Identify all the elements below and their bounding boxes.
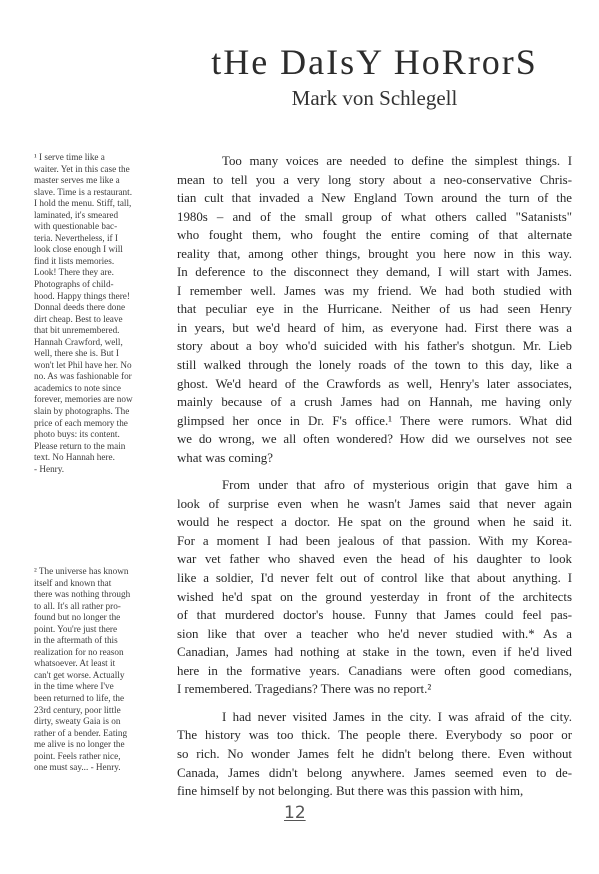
text-line: wished he'd spat on the ground yesterday… xyxy=(177,588,572,607)
paragraph-2: From under that afro of mysterious origi… xyxy=(177,476,572,699)
text-line: mean to tell you a very long story about… xyxy=(177,171,572,190)
note-line: - Henry. xyxy=(34,464,156,476)
note-line: won't let Phil have her. No xyxy=(34,360,156,372)
text-line: story about a boy who'd suicided with hi… xyxy=(177,337,572,356)
note-line: with questionable bac- xyxy=(34,221,156,233)
note-line: find it lists memories. xyxy=(34,256,156,268)
note-line: whatsoever. At least it xyxy=(34,658,156,670)
text-line: I remember well. James was my friend. We… xyxy=(177,282,572,301)
note-line: slain by photographs. The xyxy=(34,406,156,418)
text-line: of that murdered doctor's house. Funny t… xyxy=(177,606,572,625)
book-title: tHe DaIsY HoRrorS xyxy=(150,40,599,84)
main-text-column: Too many voices are needed to define the… xyxy=(177,152,572,801)
author-name: Mark von Schlegell xyxy=(150,85,599,111)
note-line: waiter. Yet in this case the xyxy=(34,164,156,176)
note-line: I hold the menu. Stiff, tall, xyxy=(34,198,156,210)
note-line: in the time where I've xyxy=(34,681,156,693)
note-line: text. No Hannah here. xyxy=(34,452,156,464)
text-line: tian cult that invaded a New England Tow… xyxy=(177,189,572,208)
note-line: 23rd century, poor little xyxy=(34,705,156,717)
text-line: 1980s – and of the small group of what o… xyxy=(177,208,572,227)
note-line: ² The universe has known xyxy=(34,566,156,578)
note-line: point. Feels rather nice, xyxy=(34,751,156,763)
note-line: me alive is no longer the xyxy=(34,739,156,751)
note-line: ¹ I serve time like a xyxy=(34,152,156,164)
note-line: teria. Nevertheless, if I xyxy=(34,233,156,245)
note-line: one must say... - Henry. xyxy=(34,762,156,774)
text-line: ghost. We'd heard of the Crawfords as we… xyxy=(177,375,572,394)
text-line: who fought them, who fought the entire c… xyxy=(177,226,572,245)
note-line: there was nothing through xyxy=(34,589,156,601)
note-line: to all. It's all rather pro- xyxy=(34,601,156,613)
text-line: Canada, James didn't belong anywhere. Ja… xyxy=(177,764,572,783)
text-line: I had never visited James in the city. I… xyxy=(177,708,572,727)
note-line: laminated, it's smeared xyxy=(34,210,156,222)
note-line: can't get worse. Actually xyxy=(34,670,156,682)
note-line: in the aftermath of this xyxy=(34,635,156,647)
note-line: well, there she is. But I xyxy=(34,348,156,360)
text-line: sion like that over a teacher who he'd n… xyxy=(177,625,572,644)
margin-note-2: ² The universe has knownitself and known… xyxy=(34,566,156,774)
text-line: here in the formative years. Canadians w… xyxy=(177,662,572,681)
note-line: Donnal deeds there done xyxy=(34,302,156,314)
text-line: Too many voices are needed to define the… xyxy=(177,152,572,171)
note-line: look close enough I will xyxy=(34,244,156,256)
note-line: been returned to life, the xyxy=(34,693,156,705)
note-line: hood. Happy things there! xyxy=(34,291,156,303)
note-line: academics to note since xyxy=(34,383,156,395)
text-line: that peculiar eye in the Hurricane. Neit… xyxy=(177,300,572,319)
note-line: itself and known that xyxy=(34,578,156,590)
text-line: so rich. No wonder James felt he didn't … xyxy=(177,745,572,764)
text-line: war vet father who shaved even the head … xyxy=(177,550,572,569)
note-line: realization for no reason xyxy=(34,647,156,659)
note-line: Photographs of child- xyxy=(34,279,156,291)
note-line: dirty, sweaty Gaia is on xyxy=(34,716,156,728)
note-line: point. You're just there xyxy=(34,624,156,636)
paragraph-1: Too many voices are needed to define the… xyxy=(177,152,572,467)
text-line: From under that afro of mysterious origi… xyxy=(177,476,572,495)
note-line: master serves me like a xyxy=(34,175,156,187)
text-line: mainly because of a crush James had on H… xyxy=(177,393,572,412)
text-line: reality that, among other things, brough… xyxy=(177,245,572,264)
text-line: we do wrong, we all often wondered? How … xyxy=(177,430,572,449)
text-line: fine himself by not belonging. But there… xyxy=(177,782,572,801)
text-line: Canadian, James had nothing at stake in … xyxy=(177,643,572,662)
note-line: no. As was fashionable for xyxy=(34,371,156,383)
text-line: I remembered. Tragedians? There was no r… xyxy=(177,680,572,699)
note-line: price of each memory the xyxy=(34,418,156,430)
text-line: what was coming? xyxy=(177,449,572,468)
note-line: rather of a bender. Eating xyxy=(34,728,156,740)
note-line: dirt cheap. Best to leave xyxy=(34,314,156,326)
text-line: The history was too thick. The people th… xyxy=(177,726,572,745)
paragraph-3: I had never visited James in the city. I… xyxy=(177,708,572,801)
note-line: forever, memories are now xyxy=(34,394,156,406)
note-line: slave. Time is a restaurant. xyxy=(34,187,156,199)
note-line: found but no longer the xyxy=(34,612,156,624)
text-line: still walked through the lonely roads of… xyxy=(177,356,572,375)
text-line: In deference to the disconnect they dema… xyxy=(177,263,572,282)
text-line: glimpsed her once in Dr. F's office.¹ Th… xyxy=(177,412,572,431)
margin-note-1: ¹ I serve time like awaiter. Yet in this… xyxy=(34,152,156,475)
text-line: in years, but we'd heard of him, as ever… xyxy=(177,319,572,338)
note-line: Please return to the main xyxy=(34,441,156,453)
note-line: that bit unremembered. xyxy=(34,325,156,337)
note-line: Look! There they are. xyxy=(34,267,156,279)
note-line: Hannah Crawford, well, xyxy=(34,337,156,349)
page-number: 12 xyxy=(284,803,306,823)
note-line: photo buys: its content. xyxy=(34,429,156,441)
text-line: For a moment I had been jealous of that … xyxy=(177,532,572,551)
text-line: like a soldier, I'd never felt out of co… xyxy=(177,569,572,588)
text-line: would he respect a doctor. He spat on th… xyxy=(177,513,572,532)
text-line: look of surprise even when he wasn't Jam… xyxy=(177,495,572,514)
